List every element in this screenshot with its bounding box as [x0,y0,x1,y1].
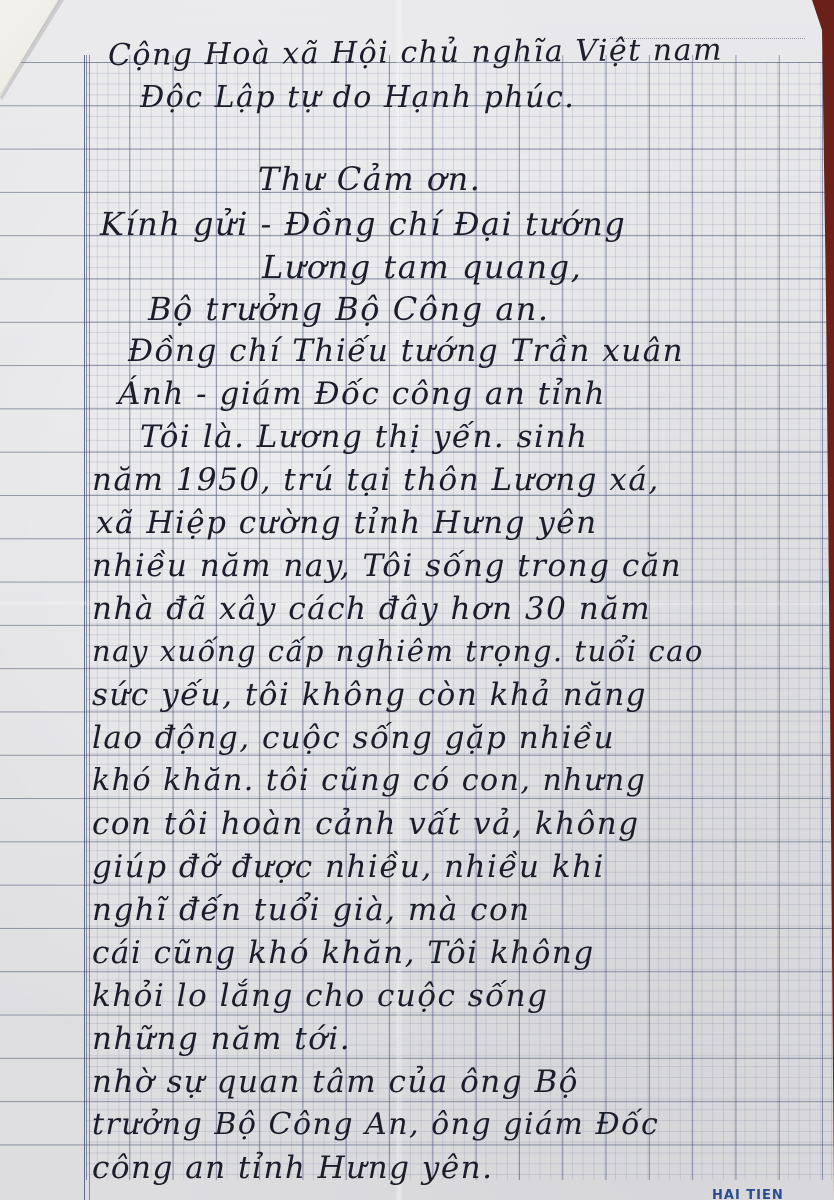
body-line: khỏi lo lắng cho cuộc sống [92,978,548,1014]
body-line: giúp đỡ được nhiều, nhiều khi [92,849,605,885]
salutation-line: Lương tam quang, [262,248,582,286]
body-line: năm 1950, trú tại thôn Lương xá, [92,462,660,498]
body-line: xã Hiệp cường tỉnh Hưng yên [96,505,598,541]
handwritten-letter: Cộng Hoà xã Hội chủ nghĩa Việt nam Độc L… [0,0,834,1200]
header-line-2: Độc Lập tự do Hạnh phúc. [140,80,575,115]
body-line: Tôi là. Lương thị yến. sinh [140,419,588,455]
body-line: những năm tới. [92,1021,351,1057]
body-line: nay xuống cấp nghiêm trọng. tuổi cao [92,634,704,668]
body-line: trưởng Bộ Công An, ông giám Đốc [92,1107,659,1142]
salutation-line: Đồng chí Thiếu tướng Trần xuân [128,333,684,369]
body-line: lao động, cuộc sống gặp nhiều [92,720,615,756]
salutation-line: Bộ trưởng Bộ Công an. [148,290,550,328]
letter-photo: Cộng Hoà xã Hội chủ nghĩa Việt nam Độc L… [0,0,834,1200]
body-line: cái cũng khó khăn, Tôi không [92,935,595,971]
body-line: khó khăn. tôi cũng có con, nhưng [92,763,646,798]
salutation-line: Ánh - giám Đốc công an tỉnh [118,376,606,412]
body-line: nhà đã xây cách đây hơn 30 năm [92,591,651,627]
body-line: sức yếu, tôi không còn khả năng [92,677,647,713]
watermark: HAI TIEN [712,1188,784,1200]
body-line: nhờ sự quan tâm của ông Bộ [92,1064,579,1100]
body-line: nhiều năm nay, Tôi sống trong căn [92,548,682,584]
body-line: con tôi hoàn cảnh vất vả, không [92,806,640,842]
salutation-line: Kính gửi - Đồng chí Đại tướng [100,205,626,243]
letter-title: Thư Cảm ơn. [258,160,481,198]
body-line: nghĩ đến tuổi già, mà con [92,892,531,928]
body-line: công an tỉnh Hưng yên. [92,1150,494,1186]
header-line-1: Cộng Hoà xã Hội chủ nghĩa Việt nam [108,33,723,73]
